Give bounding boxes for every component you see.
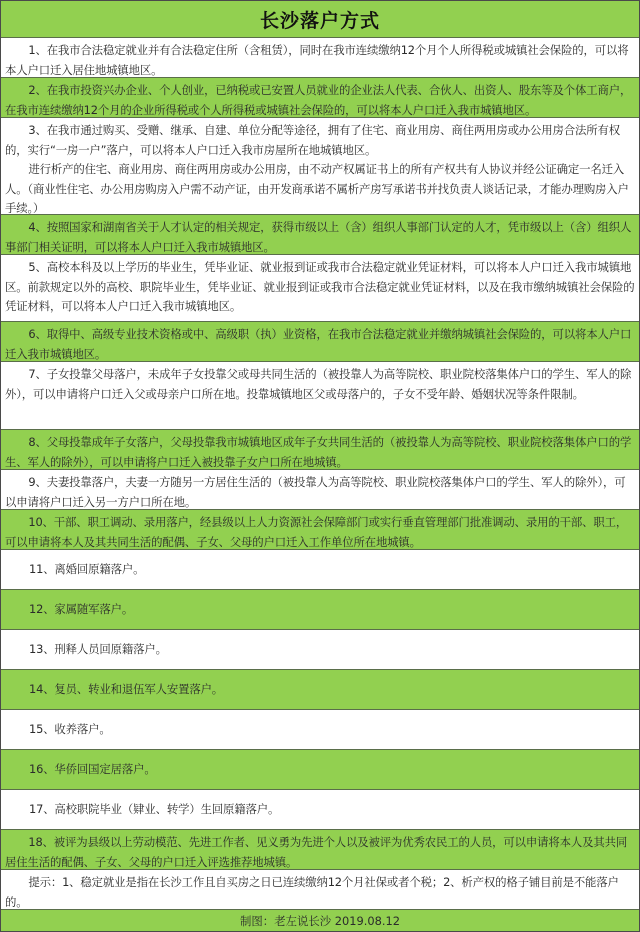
item-text: 12、家属随军落户。 bbox=[5, 600, 133, 620]
item-text: 5、高校本科及以上学历的毕业生，凭毕业证、就业报到证或我市合法稳定就业凭证材料，… bbox=[5, 258, 635, 317]
item-text: 9、夫妻投靠落户，夫妻一方随另一方居住生活的（被投靠人为高等院校、职业院校落集体… bbox=[5, 473, 635, 510]
item-row-13: 13、刑释人员回原籍落户。 bbox=[1, 630, 639, 670]
item-row-5: 5、高校本科及以上学历的毕业生，凭毕业证、就业报到证或我市合法稳定就业凭证材料，… bbox=[1, 255, 639, 322]
item-text-continued: 进行析产的住宅、商业用房、商住两用房或办公用房，由不动产权属证书上的所有产权共有… bbox=[5, 160, 635, 215]
item-row-7: 7、子女投靠父母落户，未成年子女投靠父或母共同生活的（被投靠人为高等院校、职业院… bbox=[1, 362, 639, 430]
item-text: 11、离婚回原籍落户。 bbox=[5, 560, 144, 580]
item-row-4: 4、按照国家和湖南省关于人才认定的相关规定，获得市级以上（含）组织人事部门认定的… bbox=[1, 215, 639, 255]
credit-footer: 制图：老左说长沙 2019.08.12 bbox=[1, 910, 639, 932]
tip-text: 提示：1、稳定就业是指在长沙工作且自买房之日已连续缴纳12个月社保或者个税；2、… bbox=[5, 873, 635, 910]
item-row-2: 2、在我市投资兴办企业、个人创业，已纳税或已安置人员就业的企业法人代表、合伙人、… bbox=[1, 78, 639, 118]
item-row-12: 12、家属随军落户。 bbox=[1, 590, 639, 630]
page-title: 长沙落户方式 bbox=[1, 0, 639, 38]
item-row-17: 17、高校职院毕业（肄业、转学）生回原籍落户。 bbox=[1, 790, 639, 830]
item-text: 13、刑释人员回原籍落户。 bbox=[5, 640, 167, 660]
item-text: 17、高校职院毕业（肄业、转学）生回原籍落户。 bbox=[5, 800, 279, 820]
settlement-methods-table: 长沙落户方式 1、在我市合法稳定就业并有合法稳定住所（含租赁），同时在我市连续缴… bbox=[0, 0, 640, 932]
item-text: 6、取得中、高级专业技术资格或中、高级职（执）业资格，在我市合法稳定就业并缴纳城… bbox=[5, 325, 635, 362]
item-text: 10、干部、职工调动、录用落户，经县级以上人力资源社会保障部门或实行垂直管理部门… bbox=[5, 513, 635, 550]
item-row-16: 16、华侨回国定居落户。 bbox=[1, 750, 639, 790]
item-row-15: 15、收养落户。 bbox=[1, 710, 639, 750]
item-text: 15、收养落户。 bbox=[5, 720, 111, 740]
item-row-6: 6、取得中、高级专业技术资格或中、高级职（执）业资格，在我市合法稳定就业并缴纳城… bbox=[1, 322, 639, 362]
tip-row: 提示：1、稳定就业是指在长沙工作且自买房之日已连续缴纳12个月社保或者个税；2、… bbox=[1, 870, 639, 910]
item-text: 2、在我市投资兴办企业、个人创业，已纳税或已安置人员就业的企业法人代表、合伙人、… bbox=[5, 81, 635, 118]
item-text: 16、华侨回国定居落户。 bbox=[5, 760, 156, 780]
item-row-1: 1、在我市合法稳定就业并有合法稳定住所（含租赁），同时在我市连续缴纳12个月个人… bbox=[1, 38, 639, 78]
item-row-9: 9、夫妻投靠落户，夫妻一方随另一方居住生活的（被投靠人为高等院校、职业院校落集体… bbox=[1, 470, 639, 510]
item-row-8: 8、父母投靠成年子女落户，父母投靠我市城镇地区成年子女共同生活的（被投靠人为高等… bbox=[1, 430, 639, 470]
item-row-10: 10、干部、职工调动、录用落户，经县级以上人力资源社会保障部门或实行垂直管理部门… bbox=[1, 510, 639, 550]
item-row-11: 11、离婚回原籍落户。 bbox=[1, 550, 639, 590]
item-text: 14、复员、转业和退伍军人安置落户。 bbox=[5, 680, 223, 700]
item-text: 18、被评为县级以上劳动模范、先进工作者、见义勇为先进个人以及被评为优秀农民工的… bbox=[5, 833, 635, 870]
item-row-14: 14、复员、转业和退伍军人安置落户。 bbox=[1, 670, 639, 710]
item-text: 8、父母投靠成年子女落户，父母投靠我市城镇地区成年子女共同生活的（被投靠人为高等… bbox=[5, 433, 635, 470]
item-text: 1、在我市合法稳定就业并有合法稳定住所（含租赁），同时在我市连续缴纳12个月个人… bbox=[5, 41, 635, 78]
item-row-3: 3、在我市通过购买、受赠、继承、自建、单位分配等途径，拥有了住宅、商业用房、商住… bbox=[1, 118, 639, 215]
item-text: 7、子女投靠父母落户，未成年子女投靠父或母共同生活的（被投靠人为高等院校、职业院… bbox=[5, 365, 635, 404]
item-row-18: 18、被评为县级以上劳动模范、先进工作者、见义勇为先进个人以及被评为优秀农民工的… bbox=[1, 830, 639, 870]
item-text: 3、在我市通过购买、受赠、继承、自建、单位分配等途径，拥有了住宅、商业用房、商住… bbox=[5, 121, 635, 160]
item-text: 4、按照国家和湖南省关于人才认定的相关规定，获得市级以上（含）组织人事部门认定的… bbox=[5, 218, 635, 255]
